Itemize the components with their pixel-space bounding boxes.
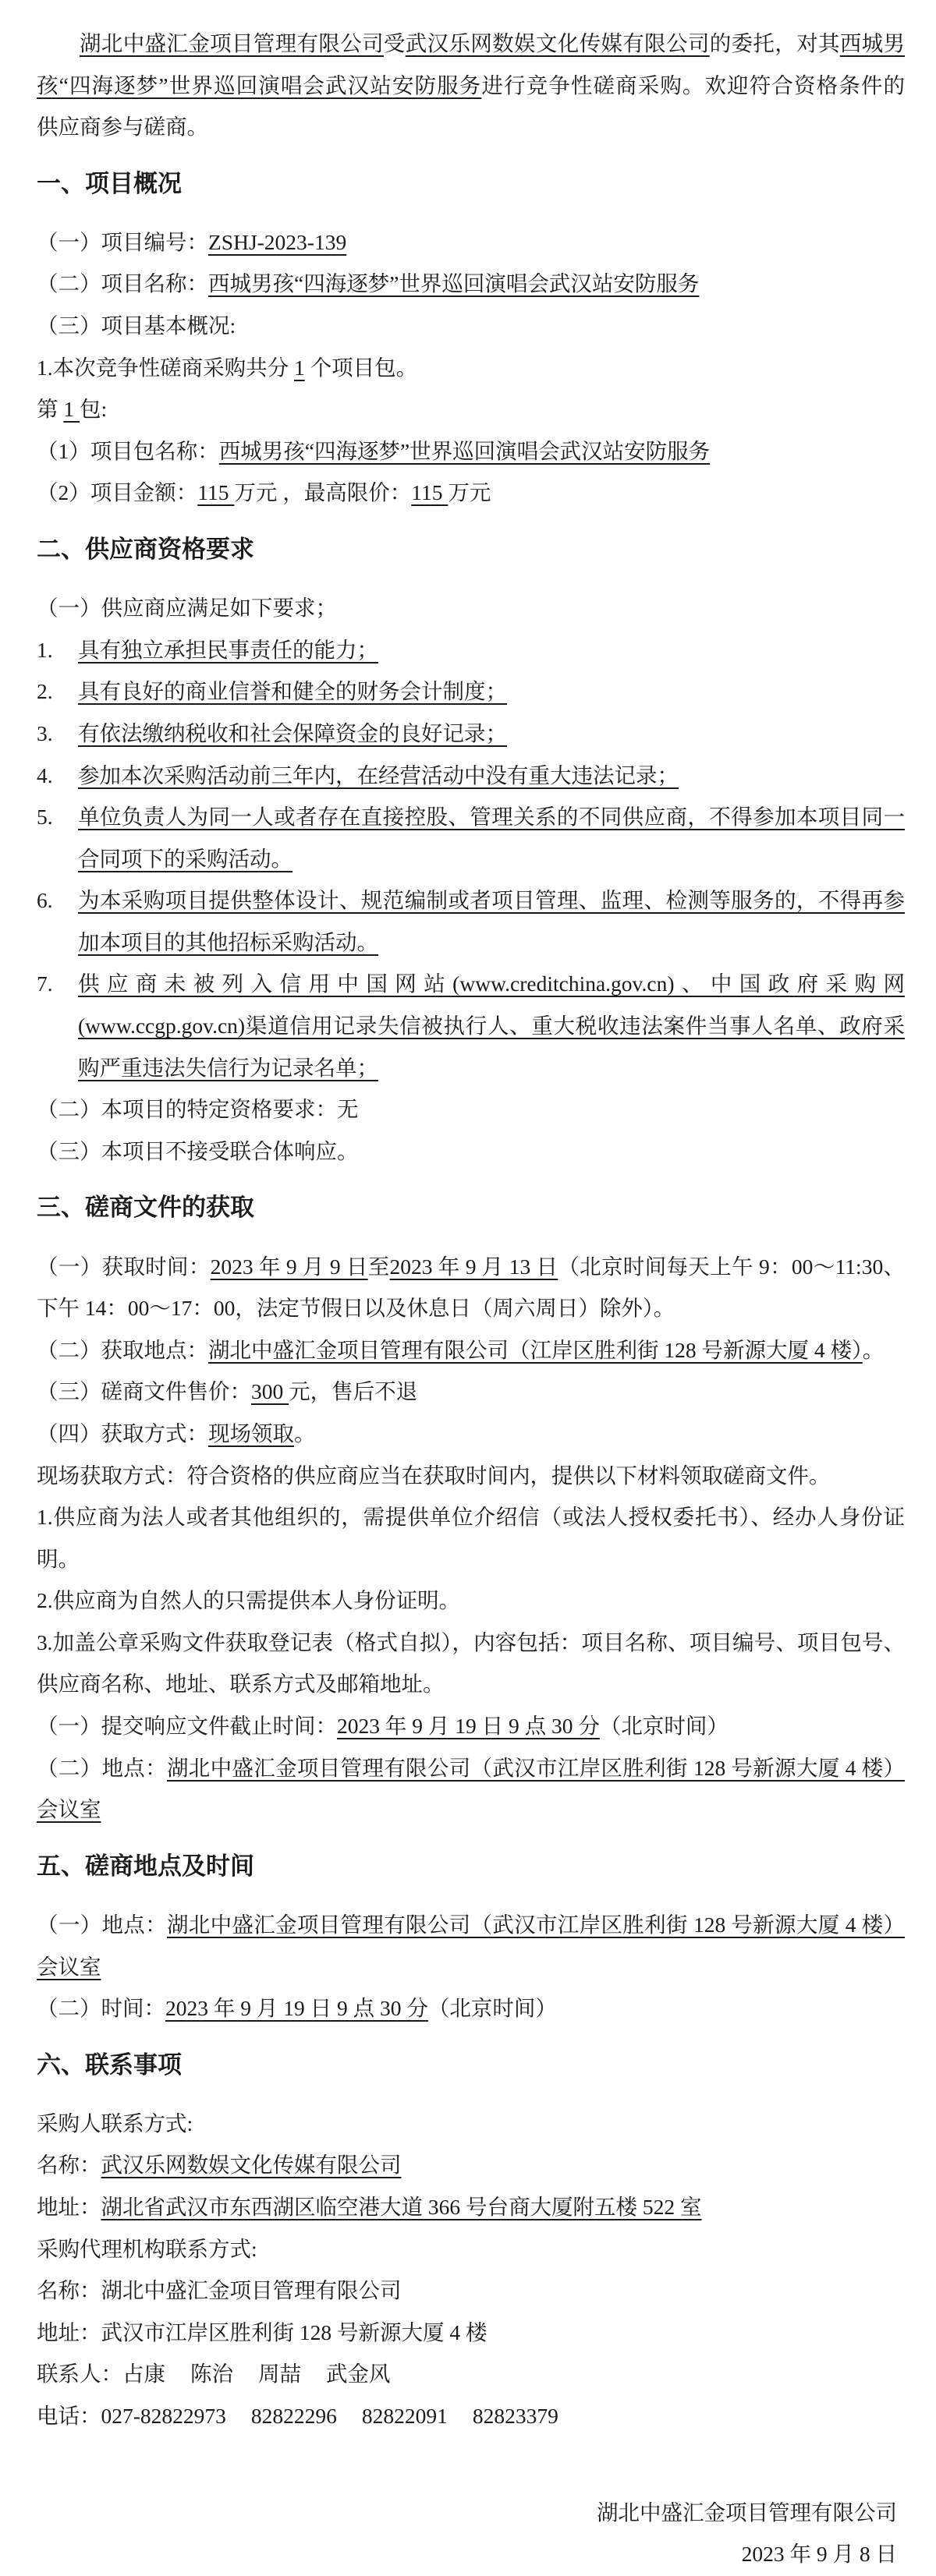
intro-line: 湖北中盛汇金项目管理有限公司受武汉乐网数娱文化传媒有限公司的委托，对其西城男 — [37, 23, 905, 65]
text: （北京时间） — [428, 1996, 557, 2020]
requirement-text: 参加本次采购活动前三年内，在经营活动中没有重大违法记录； — [78, 763, 679, 787]
agency-name-line: 名称：湖北中盛汇金项目管理有限公司 — [37, 2270, 905, 2312]
label: （二）项目名称： — [37, 271, 208, 295]
submission-deadline-line: （一）提交响应文件截止时间：2023 年 9 月 19 日 9 点 30 分（北… — [37, 1705, 905, 1747]
package-amount-line: （2）项目金额：115 万元 ，最高限价：115 万元 — [37, 472, 905, 514]
project-name: 孩“四海逐梦”世界巡回演唱会武汉站安防服务 — [37, 73, 481, 97]
intro-text: 受 — [384, 31, 406, 55]
requirement-text: 合同项下的采购活动。 — [78, 847, 292, 871]
phone-number: 82823379 — [473, 2404, 558, 2428]
requirement-item: 2.具有良好的商业信誉和健全的财务会计制度； — [37, 671, 905, 713]
package-name: 西城男孩“四海逐梦”世界巡回演唱会武汉站安防服务 — [219, 439, 710, 463]
label: 名称： — [37, 2278, 101, 2302]
label: （二）时间： — [37, 1996, 165, 2020]
agency-address: 武汉市江岸区胜利街 128 号新源大厦 4 楼 — [101, 2320, 487, 2344]
submission-deadline: 2023 年 9 月 19 日 9 点 30 分 — [337, 1714, 600, 1738]
purchaser-address: 湖北省武汉市东西湖区临空港大道 366 号台商大厦附五楼 522 室 — [101, 2195, 702, 2219]
label: （三）磋商文件售价： — [37, 1379, 251, 1403]
negotiation-place: 湖北中盛汇金项目管理有限公司（武汉市江岸区胜利街 128 号新源大厦 4 楼） — [167, 1913, 905, 1937]
purchaser-contact-title: 采购人联系方式: — [37, 2103, 905, 2145]
text: 1.本次竞争性磋商采购共分 — [37, 356, 294, 380]
label: （一）提交响应文件截止时间： — [37, 1714, 337, 1738]
requirement-text: 具有良好的商业信誉和健全的财务会计制度； — [78, 679, 507, 703]
package-count: 1 — [294, 356, 305, 380]
requirement-text: 具有独立承担民事责任的能力； — [78, 638, 378, 662]
package-name-line: （1）项目包名称：西城男孩“四海逐梦”世界巡回演唱会武汉站安防服务 — [37, 430, 905, 472]
text: 第 — [37, 397, 63, 421]
agency-address-line: 地址：武汉市江岸区胜利街 128 号新源大厦 4 楼 — [37, 2312, 905, 2354]
label: （一）获取时间： — [37, 1254, 211, 1279]
text: 万元 ，最高限价： — [234, 480, 411, 504]
onsite-acquisition-intro: 现场获取方式：符合资格的供应商应当在获取时间内，提供以下材料领取磋商文件。 — [37, 1455, 905, 1497]
acquisition-time-line-continued: 下午 14：00～17：00，法定节假日以及休息日（周六周日）除外）。 — [37, 1287, 905, 1329]
acquisition-end-date: 2023 年 9 月 13 日 — [390, 1254, 558, 1279]
contact-person: 陈治 — [190, 2362, 233, 2386]
acquisition-method: 现场领取 — [208, 1421, 294, 1445]
label: 地址： — [37, 2320, 101, 2344]
agency-contacts-line: 联系人：占康陈治周喆武金风 — [37, 2353, 905, 2395]
requirement-text: 供应商未被列入信用中国网站(www.creditchina.gov.cn)、中国… — [78, 971, 905, 996]
acquisition-place-line: （二）获取地点：湖北中盛汇金项目管理有限公司（江岸区胜利街 128 号新源大厦 … — [37, 1329, 905, 1371]
intro-text: 的委托，对其 — [710, 31, 840, 55]
project-name: 西城男 — [840, 31, 905, 55]
text: 。 — [863, 1338, 885, 1362]
negotiation-time-line: （二）时间：2023 年 9 月 19 日 9 点 30 分（北京时间） — [37, 1987, 905, 2029]
requirement-item-continued: 加本项目的其他招标采购活动。 — [37, 922, 905, 964]
signature-date: 2023 年 9 月 8 日 — [37, 2533, 905, 2575]
requirement-item: 6.为本采购项目提供整体设计、规范编制或者项目管理、监理、检测等服务的，不得再参 — [37, 879, 905, 922]
announcement-document: 湖北中盛汇金项目管理有限公司受武汉乐网数娱文化传媒有限公司的委托，对其西城男 孩… — [0, 0, 936, 2576]
negotiation-place-line: （一）地点：湖北中盛汇金项目管理有限公司（武汉市江岸区胜利街 128 号新源大厦… — [37, 1904, 905, 1946]
negotiation-place-line-continued: 会议室 — [37, 1946, 905, 1988]
label: （2）项目金额： — [37, 480, 197, 504]
label: （一）地点： — [37, 1913, 167, 1937]
specific-requirements: （二）本项目的特定资格要求：无 — [37, 1088, 905, 1131]
list-number: 2. — [37, 671, 53, 713]
submission-place-line-continued: 会议室 — [37, 1789, 905, 1831]
phone-number: 82822091 — [362, 2404, 448, 2428]
contact-person: 占康 — [122, 2362, 165, 2386]
acquisition-time-line: （一）获取时间：2023 年 9 月 9 日至2023 年 9 月 13 日（北… — [37, 1246, 905, 1288]
list-number: 7. — [37, 963, 53, 1005]
package-number-line: 第 1 包: — [37, 388, 905, 430]
list-number: 5. — [37, 796, 53, 838]
contact-person: 武金风 — [326, 2362, 391, 2386]
requirement-item: 3.有依法缴纳税收和社会保障资金的良好记录； — [37, 713, 905, 755]
purchaser-name: 武汉乐网数娱文化传媒有限公司 — [101, 2153, 402, 2177]
purchaser-name: 武汉乐网数娱文化传媒有限公司 — [406, 31, 710, 55]
requirement-text: 有依法缴纳税收和社会保障资金的良好记录； — [78, 721, 507, 745]
text: 。 — [294, 1421, 316, 1445]
project-name-line: （二）项目名称：西城男孩“四海逐梦”世界巡回演唱会武汉站安防服务 — [37, 263, 905, 305]
requirement-item-continued: 购严重违法失信行为记录名单； — [37, 1047, 905, 1089]
label: 地址： — [37, 2195, 101, 2219]
list-number: 4. — [37, 755, 53, 797]
requirement-text: 加本项目的其他招标采购活动。 — [78, 930, 378, 954]
intro-text: 进行竞争性磋商采购。欢迎符合资格条件的 — [481, 73, 905, 97]
list-number: 6. — [37, 879, 53, 922]
requirements-intro: （一）供应商应满足如下要求； — [37, 587, 905, 629]
time-note: （北京时间每天上午 9：00～11:30、 — [558, 1254, 905, 1279]
material-item: 2.供应商为自然人的只需提供本人身份证明。 — [37, 1580, 905, 1622]
negotiation-time: 2023 年 9 月 19 日 9 点 30 分 — [165, 1996, 428, 2020]
submission-place: 会议室 — [37, 1797, 101, 1821]
intro-line: 供应商参与磋商。 — [37, 106, 905, 148]
material-item: 1.供应商为法人或者其他组织的，需提供单位介绍信（或法人授权委托书）、经办人身份… — [37, 1496, 905, 1538]
requirement-item: 5.单位负责人为同一人或者存在直接控股、管理关系的不同供应商，不得参加本项目同一 — [37, 796, 905, 838]
text: 万元 — [448, 480, 491, 504]
text: 个项目包。 — [305, 356, 417, 380]
text: （北京时间） — [600, 1714, 729, 1738]
text: 至 — [368, 1254, 390, 1279]
agency-name: 湖北中盛汇金项目管理有限公司 — [101, 2278, 402, 2302]
label: 联系人： — [37, 2362, 122, 2386]
project-amount: 115 — [197, 480, 234, 504]
signature-company: 湖北中盛汇金项目管理有限公司 — [37, 2492, 905, 2534]
text: 元，售后不退 — [289, 1379, 417, 1403]
submission-place-line: （二）地点：湖北中盛汇金项目管理有限公司（武汉市江岸区胜利街 128 号新源大厦… — [37, 1747, 905, 1789]
requirement-text: (www.ccgp.gov.cn)渠道信用记录失信被执行人、重大税收违法案件当事… — [78, 1014, 905, 1038]
document-price: 300 — [251, 1379, 289, 1403]
agency-contact-title: 采购代理机构联系方式: — [37, 2228, 905, 2270]
label: 电话： — [37, 2404, 101, 2428]
material-item-continued: 供应商名称、地址、联系方式及邮箱地址。 — [37, 1663, 905, 1705]
agency-name: 湖北中盛汇金项目管理有限公司 — [80, 31, 384, 55]
material-item-continued: 明。 — [37, 1538, 905, 1580]
section-heading-qualifications: 二、供应商资格要求 — [37, 529, 905, 571]
acquisition-place: 湖北中盛汇金项目管理有限公司（江岸区胜利街 128 号新源大厦 4 楼） — [208, 1338, 863, 1362]
section-heading-contacts: 六、联系事项 — [37, 2044, 905, 2086]
consortium-policy: （三）本项目不接受联合体响应。 — [37, 1131, 905, 1173]
list-number: 3. — [37, 713, 53, 755]
material-item: 3.加盖公章采购文件获取登记表（格式自拟），内容包括：项目名称、项目编号、项目包… — [37, 1622, 905, 1664]
package-number: 1 — [63, 397, 80, 421]
requirement-item-continued: 合同项下的采购活动。 — [37, 838, 905, 880]
label: 名称： — [37, 2153, 101, 2177]
acquisition-method-line: （四）获取方式：现场领取。 — [37, 1413, 905, 1455]
project-number-line: （一）项目编号：ZSHJ-2023-139 — [37, 221, 905, 264]
requirement-item: 7.供应商未被列入信用中国网站(www.creditchina.gov.cn)、… — [37, 963, 905, 1005]
section-heading-overview: 一、项目概况 — [37, 163, 905, 205]
section-heading-document-acquisition: 三、磋商文件的获取 — [37, 1187, 905, 1229]
label: （二）获取地点： — [37, 1338, 208, 1362]
requirement-text: 单位负责人为同一人或者存在直接控股、管理关系的不同供应商，不得参加本项目同一 — [78, 805, 905, 829]
purchaser-address-line: 地址：湖北省武汉市东西湖区临空港大道 366 号台商大厦附五楼 522 室 — [37, 2186, 905, 2228]
agency-phone-line: 电话：027-82822973828222968282209182823379 — [37, 2395, 905, 2437]
label: （二）地点： — [37, 1756, 167, 1780]
project-number: ZSHJ-2023-139 — [208, 230, 346, 254]
package-count-line: 1.本次竞争性磋商采购共分 1 个项目包。 — [37, 347, 905, 389]
acquisition-start-date: 2023 年 9 月 9 日 — [211, 1254, 368, 1279]
purchaser-name-line: 名称：武汉乐网数娱文化传媒有限公司 — [37, 2144, 905, 2186]
submission-place: 湖北中盛汇金项目管理有限公司（武汉市江岸区胜利街 128 号新源大厦 4 楼） — [167, 1756, 905, 1780]
list-number: 1. — [37, 629, 53, 671]
requirement-item-continued: (www.ccgp.gov.cn)渠道信用记录失信被执行人、重大税收违法案件当事… — [37, 1005, 905, 1047]
intro-text: 供应商参与磋商。 — [37, 115, 208, 139]
intro-line: 孩“四海逐梦”世界巡回演唱会武汉站安防服务进行竞争性磋商采购。欢迎符合资格条件的 — [37, 65, 905, 107]
document-price-line: （三）磋商文件售价：300 元，售后不退 — [37, 1371, 905, 1413]
requirement-item: 4.参加本次采购活动前三年内，在经营活动中没有重大违法记录； — [37, 755, 905, 797]
negotiation-place: 会议室 — [37, 1955, 101, 1979]
requirement-text: 为本采购项目提供整体设计、规范编制或者项目管理、监理、检测等服务的，不得再参 — [78, 888, 905, 912]
phone-number: 82822296 — [251, 2404, 337, 2428]
project-name: 西城男孩“四海逐梦”世界巡回演唱会武汉站安防服务 — [208, 271, 699, 295]
label: （四）获取方式： — [37, 1421, 208, 1445]
phone-number: 027-82822973 — [101, 2404, 226, 2428]
text: 包: — [80, 397, 107, 421]
section-heading-negotiation-venue: 五、磋商地点及时间 — [37, 1845, 905, 1888]
contact-person: 周喆 — [258, 2362, 301, 2386]
label: （一）项目编号： — [37, 230, 208, 254]
project-basic-label: （三）项目基本概况: — [37, 305, 905, 347]
requirement-item: 1.具有独立承担民事责任的能力； — [37, 629, 905, 671]
requirement-text: 购严重违法失信行为记录名单； — [78, 1056, 378, 1080]
label: （1）项目包名称： — [37, 439, 219, 463]
max-price: 115 — [411, 480, 448, 504]
